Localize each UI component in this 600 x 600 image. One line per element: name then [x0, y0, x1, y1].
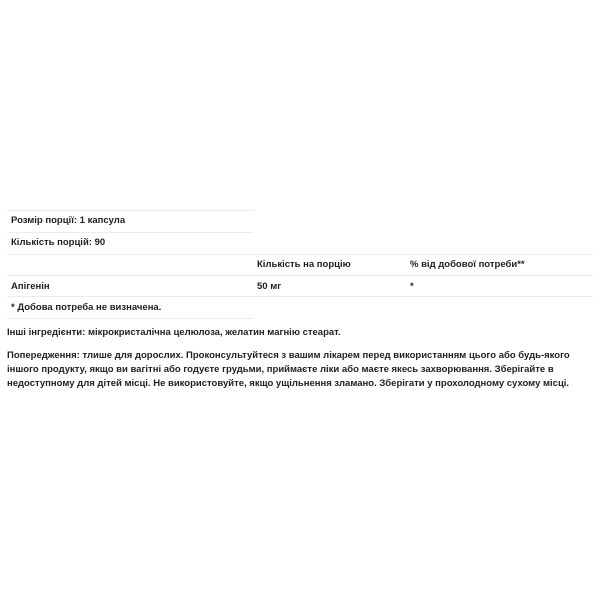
divider	[7, 210, 253, 211]
divider	[7, 296, 593, 297]
footnote: * Добова потреба не визначена.	[11, 302, 161, 314]
divider	[7, 318, 253, 319]
divider	[253, 254, 593, 255]
divider	[7, 254, 253, 255]
ingredient-daily-value: *	[410, 281, 414, 293]
divider	[7, 232, 253, 233]
column-header-amount: Кількість на порцію	[257, 259, 351, 271]
column-header-daily-value: % від добової потреби**	[410, 259, 525, 271]
serving-size: Розмір порції: 1 капсула	[11, 215, 125, 227]
other-ingredients: Інші інгредієнти: мікрокристалічна целюл…	[7, 326, 599, 340]
divider	[7, 275, 593, 276]
ingredient-amount: 50 мг	[257, 281, 281, 293]
warning-text: Попередження: тлише для дорослих. Прокон…	[7, 349, 592, 391]
ingredient-name: Апігенін	[11, 281, 50, 293]
servings-count: Кількість порцій: 90	[11, 237, 105, 249]
